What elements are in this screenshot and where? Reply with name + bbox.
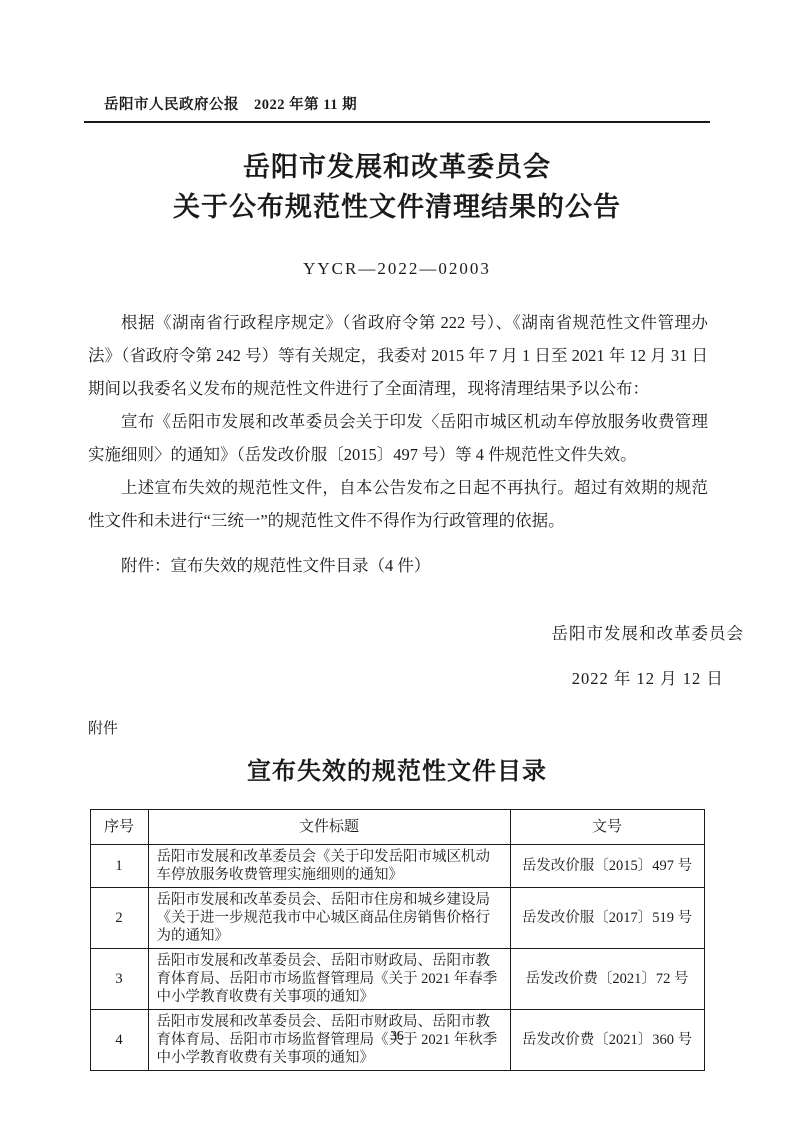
masthead: 岳阳市人民政府公报 2022 年第 11 期 xyxy=(84,93,710,123)
table-row: 2 岳阳市发展和改革委员会、岳阳市住房和城乡建设局《关于进一步规范我市中心城区商… xyxy=(90,888,704,949)
row-title: 岳阳市发展和改革委员会、岳阳市财政局、岳阳市教育体育局、岳阳市市场监督管理局《关… xyxy=(148,949,510,1010)
gazette-page: 岳阳市人民政府公报 2022 年第 11 期 岳阳市发展和改革委员会 关于公布规… xyxy=(0,0,794,1122)
body-paragraph-2: 宣布《岳阳市发展和改革委员会关于印发〈岳阳市城区机动车停放服务收费管理实施细则〉… xyxy=(88,405,708,471)
page-number: 36 xyxy=(0,1028,794,1044)
notice-title: 岳阳市发展和改革委员会 关于公布规范性文件清理结果的公告 xyxy=(0,147,794,227)
masthead-text: 岳阳市人民政府公报 2022 年第 11 期 xyxy=(104,97,357,113)
signature-date: 2022 年 12 月 12 日 xyxy=(572,665,724,689)
body-paragraph-1: 根据《湖南省行政程序规定》（省政府令第 222 号）、《湖南省规范性文件管理办法… xyxy=(88,306,708,405)
row-title: 岳阳市发展和改革委员会《关于印发岳阳市城区机动车停放服务收费管理实施细则的通知》 xyxy=(148,845,510,888)
column-header-docno: 文号 xyxy=(510,810,704,845)
column-header-title: 文件标题 xyxy=(148,810,510,845)
notice-doc-number: YYCR—2022—02003 xyxy=(0,259,794,279)
appendix-label: 附件 xyxy=(88,717,794,738)
body-paragraph-3: 上述宣布失效的规范性文件，自本公告发布之日起不再执行。超过有效期的规范性文件和未… xyxy=(88,471,708,537)
row-docno: 岳发改价费〔2021〕72 号 xyxy=(510,949,704,1010)
attachment-reference: 附件：宣布失效的规范性文件目录（4 件） xyxy=(88,549,708,582)
row-docno: 岳发改价服〔2017〕519 号 xyxy=(510,888,704,949)
row-title: 岳阳市发展和改革委员会、岳阳市住房和城乡建设局《关于进一步规范我市中心城区商品住… xyxy=(148,888,510,949)
row-no: 3 xyxy=(90,949,148,1010)
notice-title-line1: 岳阳市发展和改革委员会 xyxy=(0,147,794,187)
notice-title-line2: 关于公布规范性文件清理结果的公告 xyxy=(0,187,794,227)
table-header-row: 序号 文件标题 文号 xyxy=(90,810,704,845)
signature-block: 岳阳市发展和改革委员会 2022 年 12 月 12 日 xyxy=(552,620,745,689)
appendix-title: 宣布失效的规范性文件目录 xyxy=(0,751,794,786)
row-no: 2 xyxy=(90,888,148,949)
row-no: 1 xyxy=(90,845,148,888)
table-row: 1 岳阳市发展和改革委员会《关于印发岳阳市城区机动车停放服务收费管理实施细则的通… xyxy=(90,845,704,888)
notice-body: 根据《湖南省行政程序规定》（省政府令第 222 号）、《湖南省规范性文件管理办法… xyxy=(88,306,708,582)
signature-org: 岳阳市发展和改革委员会 xyxy=(552,620,745,644)
table-row: 3 岳阳市发展和改革委员会、岳阳市财政局、岳阳市教育体育局、岳阳市市场监督管理局… xyxy=(90,949,704,1010)
column-header-no: 序号 xyxy=(90,810,148,845)
row-docno: 岳发改价服〔2015〕497 号 xyxy=(510,845,704,888)
